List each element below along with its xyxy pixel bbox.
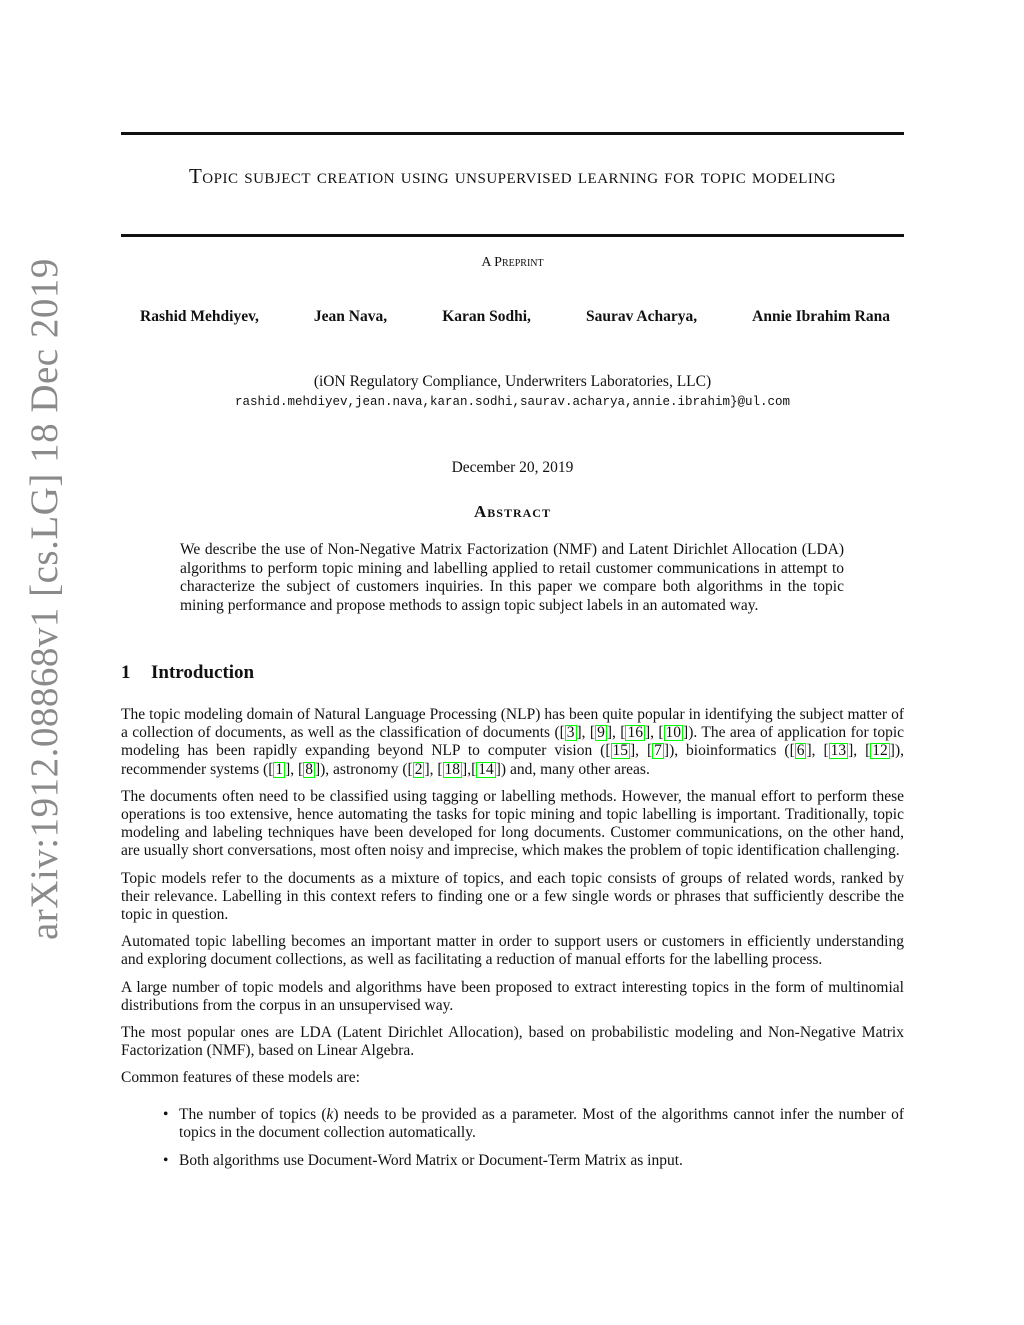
- citation-link[interactable]: 18: [443, 762, 463, 778]
- affiliation: (iON Regulatory Compliance, Underwriters…: [121, 373, 904, 391]
- text-run: ), bioinformatics (: [669, 742, 789, 759]
- author: Saurav Acharya,: [586, 308, 697, 326]
- author-list: Rashid Mehdiyev, Jean Nava, Karan Sodhi,…: [140, 308, 890, 326]
- paragraph: The documents often need to be classifie…: [121, 788, 904, 861]
- citation-link[interactable]: 13: [829, 743, 849, 759]
- abstract-text: We describe the use of Non-Negative Matr…: [180, 541, 844, 615]
- paragraph: Automated topic labelling becomes an imp…: [121, 933, 904, 969]
- preprint-label: A Preprint: [121, 255, 904, 271]
- citation-link[interactable]: 12: [870, 743, 890, 759]
- author-emails: rashid.mehdiyev,jean.nava,karan.sodhi,sa…: [121, 395, 904, 409]
- title-rule-top: [121, 132, 904, 135]
- paragraph: Topic models refer to the documents as a…: [121, 870, 904, 925]
- citation-link[interactable]: 9: [595, 725, 607, 741]
- paragraph: Common features of these models are:: [121, 1069, 904, 1087]
- citation-link[interactable]: 1: [273, 762, 285, 778]
- text-run: ), astronomy (: [320, 761, 407, 778]
- citation-link[interactable]: 15: [611, 743, 631, 759]
- citation-link[interactable]: 8: [303, 762, 315, 778]
- author: Rashid Mehdiyev,: [140, 308, 259, 326]
- list-item: Both algorithms use Document-Word Matrix…: [179, 1152, 904, 1170]
- citation-link[interactable]: 14: [476, 762, 496, 778]
- paragraph: The most popular ones are LDA (Latent Di…: [121, 1024, 904, 1060]
- citation-link[interactable]: 7: [652, 743, 664, 759]
- text-run: ) and, many other areas.: [501, 761, 650, 778]
- paragraph: The topic modeling domain of Natural Lan…: [121, 706, 904, 779]
- author: Jean Nava,: [314, 308, 387, 326]
- list-item: The number of topics (k) needs to be pro…: [179, 1106, 904, 1142]
- section-heading-introduction: 1Introduction: [121, 662, 254, 684]
- citation-link[interactable]: 2: [413, 762, 425, 778]
- section-title: Introduction: [151, 662, 254, 683]
- citation-link[interactable]: 10: [664, 725, 684, 741]
- text-run: The number of topics (: [179, 1106, 327, 1123]
- section-number: 1: [121, 662, 151, 684]
- abstract-heading: Abstract: [121, 502, 904, 522]
- author: Karan Sodhi,: [442, 308, 531, 326]
- feature-list: The number of topics (k) needs to be pro…: [121, 1106, 904, 1171]
- citation-link[interactable]: 6: [795, 743, 807, 759]
- publication-date: December 20, 2019: [121, 459, 904, 477]
- citation-link[interactable]: 3: [565, 725, 577, 741]
- author: Annie Ibrahim Rana: [752, 308, 890, 326]
- title-rule-bottom: [121, 234, 904, 237]
- paragraph: A large number of topic models and algor…: [121, 979, 904, 1015]
- citation-link[interactable]: 16: [625, 725, 645, 741]
- paper-title: Topic subject creation using unsupervise…: [121, 162, 904, 190]
- introduction-body: The topic modeling domain of Natural Lan…: [121, 706, 904, 1180]
- arxiv-identifier-stamp: arXiv:1912.08868v1 [cs.LG] 18 Dec 2019: [22, 258, 67, 940]
